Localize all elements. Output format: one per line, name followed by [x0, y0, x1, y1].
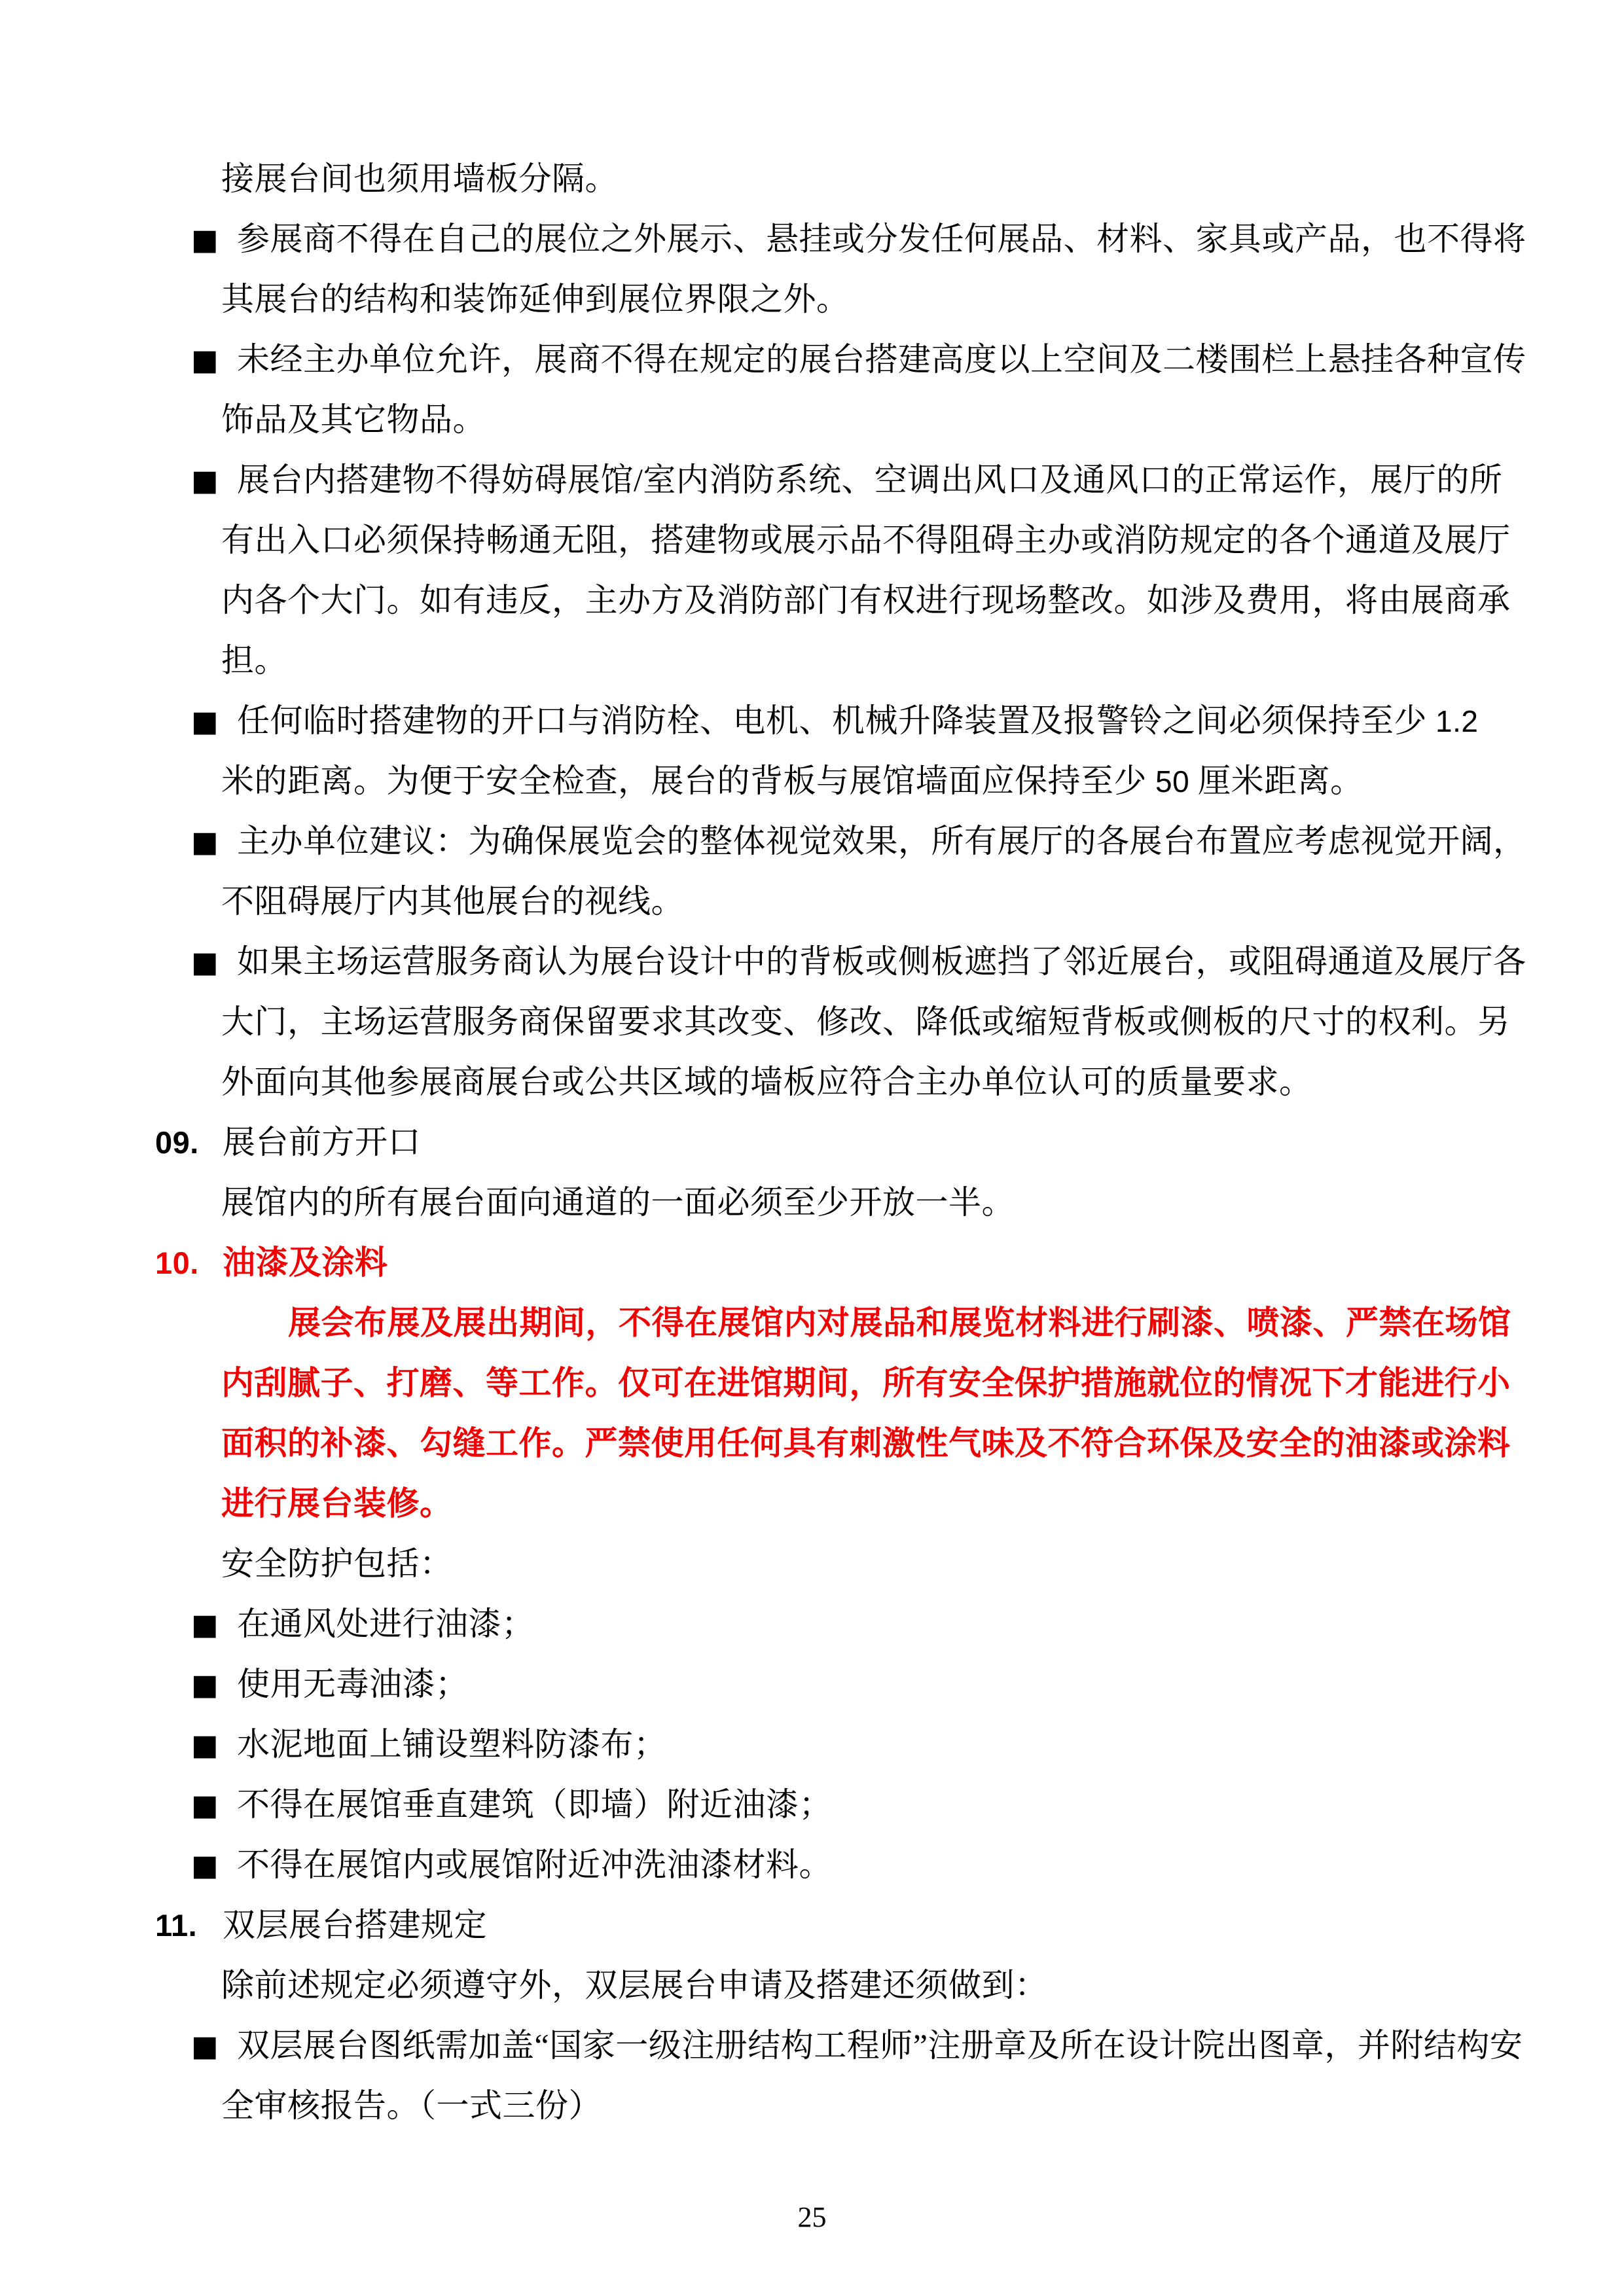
section-number: 10.: [155, 1244, 223, 1282]
body-line: 安全防护包括：: [221, 1545, 453, 1583]
bullet-text: 任何临时搭建物的开口与消防栓、电机、机械升降装置及报警铃之间必须保持至少: [237, 702, 1435, 739]
bullet-text: 在通风处进行油漆；: [237, 1605, 535, 1642]
bullet-item: ■如果主场运营服务商认为展台设计中的背板或侧板遮挡了邻近展台，或阻碍通道及展厅各: [191, 942, 1526, 982]
body-line: 展馆内的所有展台面向通道的一面必须至少开放一半。: [221, 1183, 1015, 1221]
warning-paragraph-line: 内刮腻子、打磨、等工作。仅可在进馆期间，所有安全保护措施就位的情况下才能进行小: [221, 1364, 1511, 1402]
measure-value: 50: [1155, 764, 1189, 798]
bullet-item: ■水泥地面上铺设塑料防漆布；: [191, 1725, 667, 1765]
bullet-item: ■任何临时搭建物的开口与消防栓、电机、机械升降装置及报警铃之间必须保持至少 1.…: [191, 702, 1478, 741]
section-title: 双层展台搭建规定: [223, 1907, 487, 1943]
body-line: 其展台的结构和装饰延伸到展位界限之外。: [221, 280, 850, 318]
body-line: 接展台间也须用墙板分隔。: [221, 160, 618, 198]
body-line: 担。: [221, 641, 287, 679]
bullet-square-icon: ■: [191, 1787, 237, 1825]
bullet-square-icon: ■: [191, 703, 237, 741]
bullet-item: ■使用无毒油漆；: [191, 1665, 469, 1704]
bullet-text: 参展商不得在自己的展位之外展示、悬挂或分发任何展品、材料、家具或产品，也不得将: [237, 221, 1526, 257]
section-number: 11.: [155, 1907, 223, 1945]
body-line: 不阻碍展厅内其他展台的视线。: [221, 882, 684, 920]
section-heading-10: 10.油漆及涂料: [155, 1244, 388, 1282]
warning-paragraph-line: 进行展台装修。: [221, 1484, 453, 1522]
bullet-square-icon: ■: [191, 823, 237, 861]
bullet-text: 使用无毒油漆；: [237, 1666, 469, 1702]
bullet-square-icon: ■: [191, 1666, 237, 1704]
body-line: 有出入口必须保持畅通无阻，搭建物或展示品不得阻碍主办或消防规定的各个通道及展厅: [221, 521, 1511, 559]
bullet-square-icon: ■: [191, 221, 237, 259]
body-line: 除前述规定必须遵守外，双层展台申请及搭建还须做到：: [221, 1966, 1048, 2004]
bullet-square-icon: ■: [191, 1606, 237, 1644]
bullet-item: ■不得在展馆垂直建筑（即墙）附近油漆；: [191, 1785, 832, 1825]
page-number: 25: [0, 2200, 1624, 2234]
body-line: 外面向其他参展商展台或公共区域的墙板应符合主办单位认可的质量要求。: [221, 1063, 1312, 1101]
section-number: 09.: [155, 1124, 223, 1162]
section-title: 油漆及涂料: [223, 1244, 388, 1281]
bullet-text: 水泥地面上铺设塑料防漆布；: [237, 1726, 667, 1763]
bullet-item: ■展台内搭建物不得妨碍展馆/室内消防系统、空调出风口及通风口的正常运作，展厅的所: [191, 461, 1502, 500]
bullet-text: 如果主场运营服务商认为展台设计中的背板或侧板遮挡了邻近展台，或阻碍通道及展厅各: [237, 943, 1526, 980]
body-line: 米的距离。为便于安全检查，展台的背板与展馆墙面应保持至少 50 厘米距离。: [221, 762, 1363, 800]
bullet-text: 主办单位建议：为确保展览会的整体视觉效果，所有展厅的各展台布置应考虑视觉开阔，: [237, 823, 1526, 859]
bullet-item: ■主办单位建议：为确保展览会的整体视觉效果，所有展厅的各展台布置应考虑视觉开阔，: [191, 822, 1526, 861]
bullet-item: ■双层展台图纸需加盖“国家一级注册结构工程师”注册章及所在设计院出图章，并附结构…: [191, 2026, 1523, 2066]
body-text: 米的距离。为便于安全检查，展台的背板与展馆墙面应保持至少: [221, 762, 1155, 799]
bullet-item: ■参展商不得在自己的展位之外展示、悬挂或分发任何展品、材料、家具或产品，也不得将: [191, 220, 1526, 259]
document-page: 接展台间也须用墙板分隔。 ■参展商不得在自己的展位之外展示、悬挂或分发任何展品、…: [0, 0, 1624, 2296]
body-line: 大门，主场运营服务商保留要求其改变、修改、降低或缩短背板或侧板的尺寸的权利。另: [221, 1003, 1511, 1041]
section-heading-11: 11.双层展台搭建规定: [155, 1906, 487, 1945]
bullet-square-icon: ■: [191, 1727, 237, 1765]
body-line: 全审核报告。（一式三份）: [221, 2087, 602, 2125]
bullet-square-icon: ■: [191, 342, 237, 380]
bullet-square-icon: ■: [191, 2028, 237, 2066]
warning-paragraph-line: 面积的补漆、勾缝工作。严禁使用任何具有刺激性气味及不符合环保及安全的油漆或涂料: [221, 1424, 1511, 1462]
bullet-square-icon: ■: [191, 1847, 237, 1885]
section-title: 展台前方开口: [223, 1124, 421, 1160]
bullet-text: 不得在展馆内或展馆附近冲洗油漆材料。: [237, 1846, 832, 1883]
bullet-text: 未经主办单位允许，展商不得在规定的展台搭建高度以上空间及二楼围栏上悬挂各种宣传: [237, 341, 1526, 378]
section-heading-09: 09.展台前方开口: [155, 1123, 421, 1162]
body-line: 饰品及其它物品。: [221, 401, 486, 439]
bullet-item: ■不得在展馆内或展馆附近冲洗油漆材料。: [191, 1846, 832, 1885]
measure-value: 1.2: [1435, 704, 1478, 738]
bullet-square-icon: ■: [191, 462, 237, 500]
body-line: 内各个大门。如有违反，主办方及消防部门有权进行现场整改。如涉及费用，将由展商承: [221, 581, 1511, 619]
bullet-text: 双层展台图纸需加盖“国家一级注册结构工程师”注册章及所在设计院出图章，并附结构安: [237, 2027, 1523, 2064]
bullet-text: 不得在展馆垂直建筑（即墙）附近油漆；: [237, 1786, 832, 1823]
bullet-square-icon: ■: [191, 944, 237, 982]
bullet-item: ■在通风处进行油漆；: [191, 1605, 535, 1644]
body-text: 厘米距离。: [1189, 762, 1363, 799]
bullet-text: 展台内搭建物不得妨碍展馆/室内消防系统、空调出风口及通风口的正常运作，展厅的所: [237, 461, 1502, 498]
warning-paragraph-line: 展会布展及展出期间，不得在展馆内对展品和展览材料进行刷漆、喷漆、严禁在场馆: [288, 1304, 1511, 1342]
bullet-item: ■未经主办单位允许，展商不得在规定的展台搭建高度以上空间及二楼围栏上悬挂各种宣传: [191, 340, 1526, 380]
